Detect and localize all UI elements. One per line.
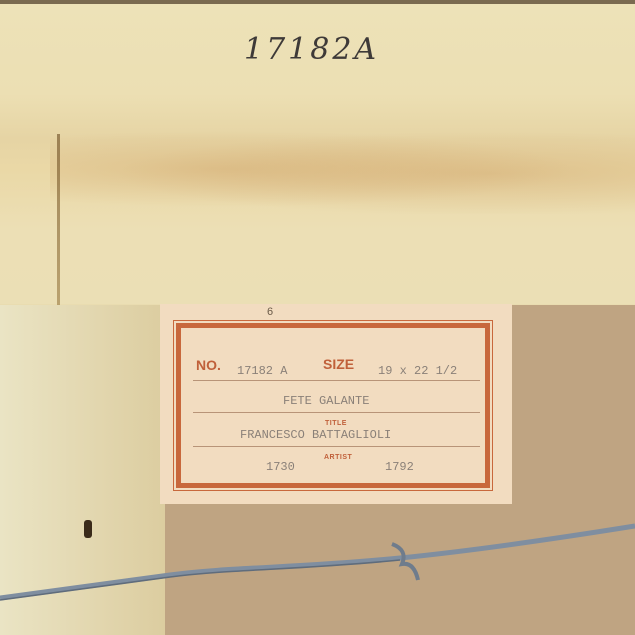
size-label: SIZE	[323, 356, 354, 372]
rule-3	[193, 446, 480, 447]
title-value: FETE GALANTE	[283, 394, 369, 408]
corner-mark: 6	[267, 306, 273, 318]
artist-value: FRANCESCO BATTAGLIOLI	[240, 428, 391, 442]
backing-paper: 17182A	[0, 4, 635, 304]
water-stain	[50, 124, 635, 214]
no-value: 17182 A	[237, 364, 287, 378]
hanging-wire	[0, 520, 635, 610]
death-year: 1792	[385, 460, 414, 474]
rule-2	[193, 412, 480, 413]
gallery-label: 6 NO. 17182 A SIZE 19 x 22 1/2 FETE GALA…	[160, 304, 512, 504]
rule-1	[193, 380, 480, 381]
artist-caption: ARTIST	[324, 454, 352, 461]
size-value: 19 x 22 1/2	[378, 364, 457, 378]
birth-year: 1730	[266, 460, 295, 474]
handwritten-inventory-number: 17182A	[244, 32, 379, 67]
paper-tear	[57, 134, 60, 309]
title-caption: TITLE	[325, 420, 347, 427]
no-label: NO.	[196, 357, 221, 373]
